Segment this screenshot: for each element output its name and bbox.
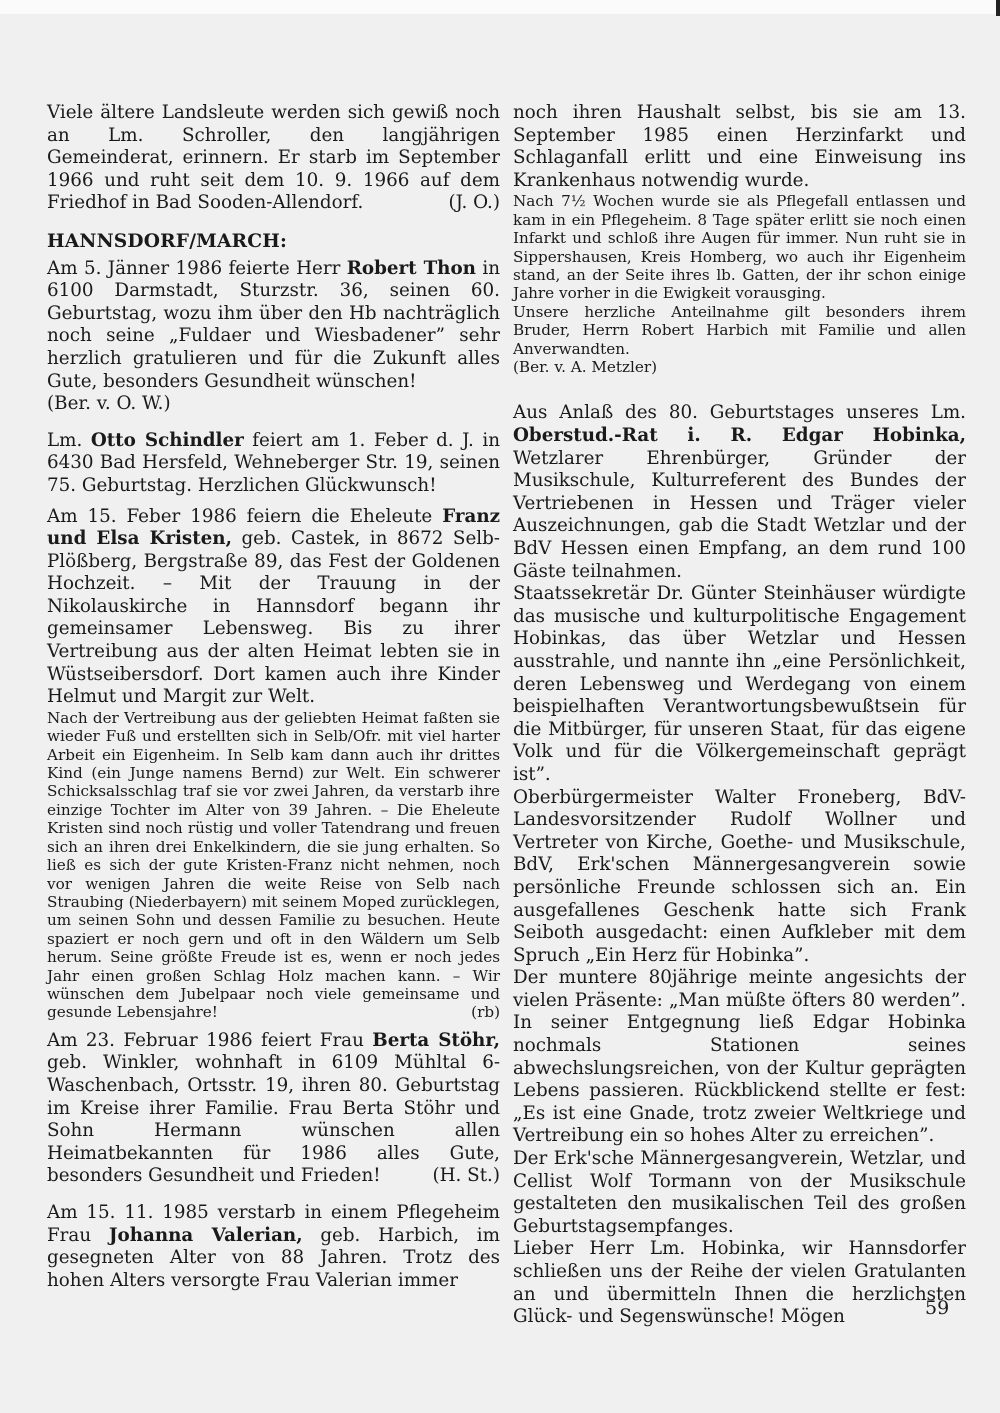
section-heading: HANNSDORF/MARCH: [47, 231, 500, 254]
valerian-small-paragraph-2: Unsere herzliche Anteilnahme gilt besond… [513, 303, 966, 358]
signature: (Ber. v. A. Metzler) [513, 358, 966, 376]
hobinka-paragraph-4: Der muntere 80jährige meinte angesichts … [513, 967, 966, 1148]
schindler-paragraph: Lm. Otto Schindler feiert am 1. Feber d.… [47, 430, 500, 498]
person-name: Oberstud.-Rat i. R. Edgar Hobinka, [513, 425, 966, 446]
valerian-continued-paragraph: noch ihren Haushalt selbst, bis sie am 1… [513, 102, 966, 192]
valerian-paragraph: Am 15. 11. 1985 verstarb in einem Pflege… [47, 1202, 500, 1292]
schroller-paragraph: Viele ältere Landsleute werden sich gewi… [47, 102, 500, 215]
person-name: Johanna Valerian, [109, 1225, 303, 1246]
right-column: noch ihren Haushalt selbst, bis sie am 1… [513, 102, 966, 1329]
person-name: Berta Stöhr, [372, 1030, 500, 1051]
hobinka-paragraph-1: Aus Anlaß des 80. Geburtstages unseres L… [513, 402, 966, 583]
left-column: Viele ältere Landsleute werden sich gewi… [47, 102, 500, 1292]
page-number: 59 [925, 1297, 949, 1319]
kristen-small-paragraph: Nach der Vertreibung aus der geliebten H… [47, 709, 500, 1022]
person-name: Robert Thon [347, 258, 476, 279]
thon-paragraph: Am 5. Jänner 1986 feierte Herr Robert Th… [47, 258, 500, 416]
valerian-small-paragraph-1: Nach 7½ Wochen wurde sie als Pflegefall … [513, 192, 966, 302]
hobinka-paragraph-2: Staatssekretär Dr. Günter Steinhäuser wü… [513, 583, 966, 786]
person-name: Otto Schindler [91, 430, 244, 451]
signature: (J. O.) [448, 192, 500, 215]
hobinka-paragraph-3: Oberbürgermeister Walter Froneberg, BdV-… [513, 787, 966, 968]
stoehr-paragraph: Am 23. Februar 1986 feiert Frau Berta St… [47, 1030, 500, 1188]
signature: (Ber. v. O. W.) [47, 393, 171, 414]
scan-top-margin [0, 0, 1000, 14]
scan-edge-mark [996, 0, 1000, 16]
signature: (rb) [471, 1003, 500, 1021]
signature: (H. St.) [432, 1165, 500, 1188]
kristen-paragraph: Am 15. Feber 1986 feiern die Eheleute Fr… [47, 506, 500, 709]
hobinka-paragraph-5: Der Erk'sche Männergesangverein, Wetzlar… [513, 1148, 966, 1238]
hobinka-paragraph-6: Lieber Herr Lm. Hobinka, wir Hannsdorfer… [513, 1238, 966, 1328]
